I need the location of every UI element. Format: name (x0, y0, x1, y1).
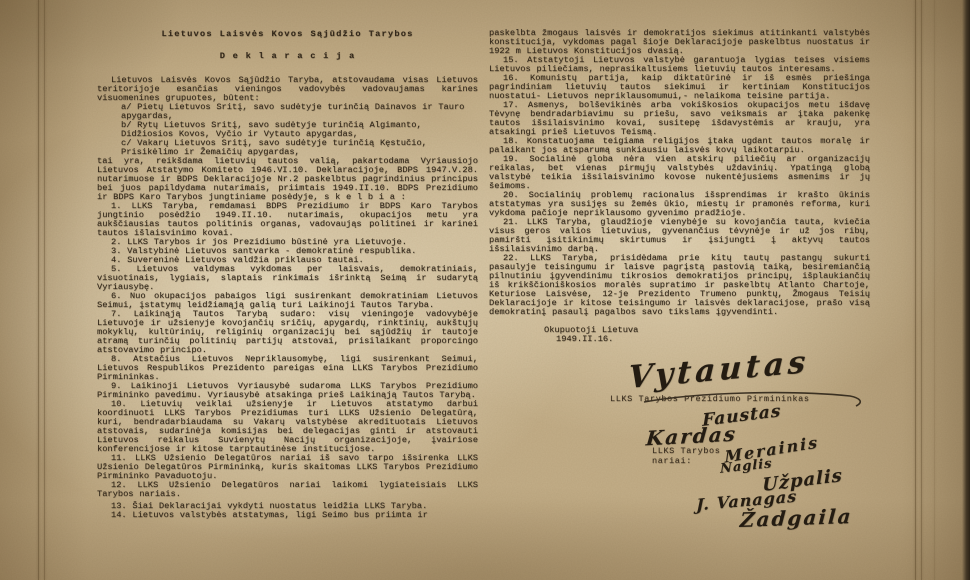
paragraph-20: 20. Socialinių problemų racionalus išspr… (489, 191, 870, 218)
right-column: paskelbta žmogaus laisvės ir demokratijo… (489, 29, 870, 344)
document-title: D e k l a r a c i j a (97, 52, 478, 61)
paragraph-preamble: tai yra, reikšdama lietuvių tautos valią… (97, 157, 478, 202)
right-fold-line-2 (921, 0, 922, 580)
paragraph-12: 12. LLKS Užsienio Delegatūros nariai lai… (97, 481, 478, 499)
paragraph-14: 14. Lietuvos valstybės atstatymas, ligi … (97, 511, 478, 520)
signature-vytautas: Vytautas (627, 344, 810, 396)
right-fold-line-3 (934, 0, 935, 580)
paragraph-9: 9. Laikinoji Lietuvos Vyriausybė sudarom… (97, 382, 478, 400)
paragraph-22: 22. LLKS Taryba, prisidėdama prie kitų t… (489, 254, 870, 317)
left-fold-line-2 (44, 0, 45, 580)
paragraph-21: 21. LLKS Taryba, glaudžioje vienybėje su… (489, 218, 870, 254)
page-right-dark-edge (962, 0, 970, 580)
paragraph-16: 16. Komunistų partija, kaip diktatūrinė … (489, 74, 870, 101)
left-column: Lietuvos Laisvės Kovos Sąjūdžio Tarybos … (97, 30, 478, 520)
paragraph-11: 11. LLKS Užsienio Delegatūros nariai iš … (97, 454, 478, 481)
paragraph-17: 17. Asmenys, bolševikinės arba vokiškosi… (489, 101, 870, 137)
document-page: Lietuvos Laisvės Kovos Sąjūdžio Tarybos … (0, 0, 970, 580)
paragraph-1: 1. LLKS Taryba, remdamasi BDPS Prezidium… (97, 202, 478, 238)
signature-zadgaila: Žadgaila (739, 504, 853, 532)
paragraph-15: 15. Atstatytoji Lietuvos valstybė garant… (489, 56, 870, 74)
paragraph-item-b: b/ Rytų Lietuvos Sritį, savo sudėtyje tu… (97, 121, 478, 139)
paragraph-19: 19. Socialinė globa nėra vien atskirų pi… (489, 155, 870, 191)
paragraph-14-continuation: paskelbta žmogaus laisvės ir demokratijo… (489, 29, 870, 56)
paragraph-8: 8. Atstačius Lietuvos Nepriklausomybę, l… (97, 355, 478, 382)
left-fold-line (38, 0, 39, 580)
paragraph-18: 18. Konstatuojama teigiama religijos įta… (489, 137, 870, 155)
paragraph-5: 5. Lietuvos valdymas vykdomas per laisva… (97, 265, 478, 292)
paragraph-item-c: c/ Vakarų Lietuvos Sritį, savo sudėtyje … (97, 139, 478, 157)
right-fold-line (915, 0, 916, 580)
paragraph-6: 6. Nuo okupacijos pabaigos ligi susirenk… (97, 292, 478, 310)
paragraph-intro: Lietuvos Laisvės Kovos Sąjūdžio Taryba, … (97, 76, 478, 103)
paragraph-10: 10. Lietuvių veiklai užsienyje ir Lietuv… (97, 400, 478, 454)
date-label: 1949.II.16. (544, 335, 870, 344)
place-date-block: Okupuotoji Lietuva 1949.II.16. (544, 326, 870, 344)
organization-heading: Lietuvos Laisvės Kovos Sąjūdžio Tarybos (97, 30, 478, 39)
paragraph-item-a: a/ Pietų Lietuvos Sritį, savo sudėtyje t… (97, 103, 478, 121)
members-caption: LLKS Tarybos nariai: (652, 447, 720, 466)
paragraph-7: 7. Laikinąją Tautos Tarybą sudaro: visų … (97, 310, 478, 355)
